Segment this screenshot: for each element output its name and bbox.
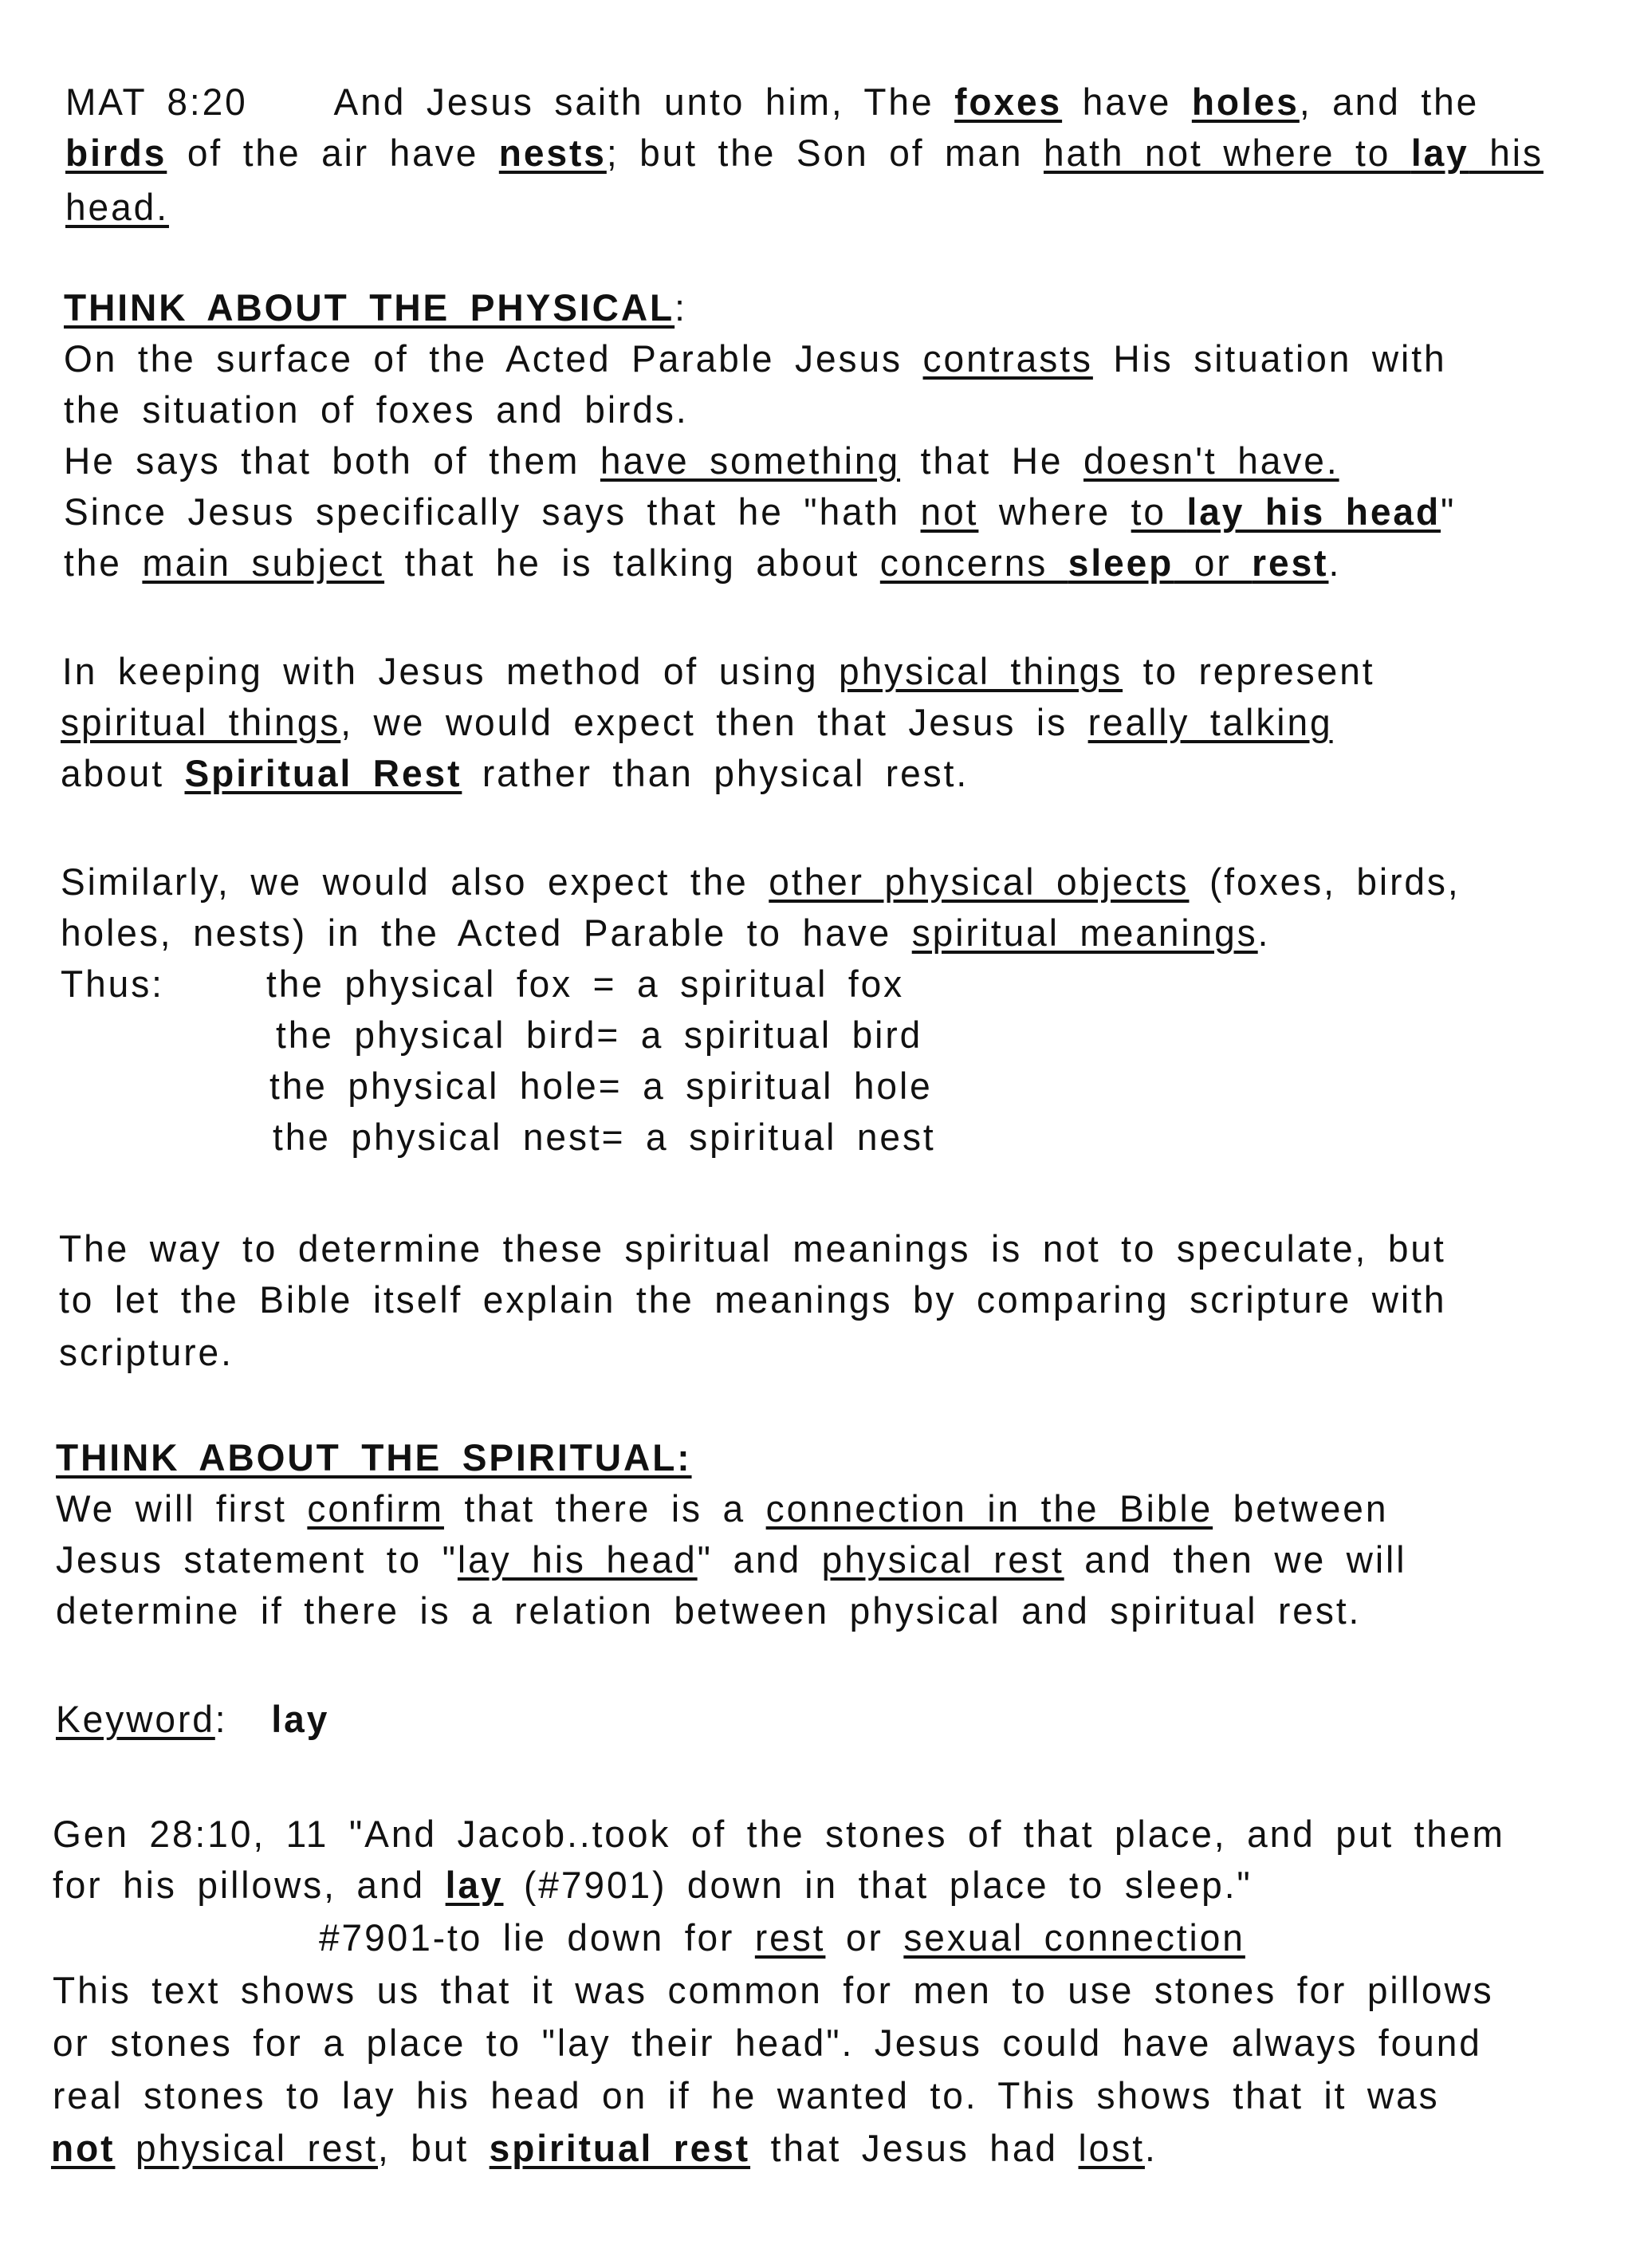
underlined-emphasis: not (51, 2127, 115, 2169)
underlined-emphasis: contrasts (923, 337, 1093, 380)
way-line: to let the Bible itself explain the mean… (59, 1276, 1446, 1324)
underlined-emphasis: spiritual meanings (912, 912, 1258, 954)
underlined-emphasis: his (1469, 132, 1544, 174)
equivalence-item: the physical bird= a spiritual bird (276, 1011, 922, 1059)
underlined-emphasis: nests (499, 132, 607, 174)
keyword-label: Keyword (56, 1698, 215, 1740)
underlined-emphasis: main subject (142, 541, 384, 584)
underlined-emphasis: holes (1192, 81, 1300, 123)
physical-line: Since Jesus specifically says that he "h… (64, 488, 1456, 536)
underlined-emphasis: doesn't have. (1083, 439, 1339, 482)
verse-line-1: MAT 8:20And Jesus saith unto him, The fo… (65, 78, 1479, 126)
underlined-emphasis: physical rest (822, 1538, 1064, 1581)
physical-line: He says that both of them have something… (64, 437, 1339, 485)
keeping-line: spiritual things, we would expect then t… (61, 699, 1333, 746)
underlined-emphasis: lay (1411, 132, 1469, 174)
underlined-emphasis: physical rest (136, 2127, 378, 2169)
underlined-emphasis: sexual connection (903, 1916, 1245, 1959)
physical-line: the situation of foxes and birds. (64, 386, 689, 434)
conclusion-line: real stones to lay his head on if he wan… (53, 2072, 1440, 2120)
definition-line: #7901-to lie down for rest or sexual con… (319, 1914, 1245, 1962)
underlined-emphasis: rest (1252, 541, 1328, 584)
keyword-line: Keyword:lay (56, 1695, 329, 1743)
underlined-emphasis: lay his head (458, 1538, 698, 1581)
equivalence-item: the physical fox = a spiritual fox (266, 960, 904, 1008)
underlined-emphasis: spiritual rest (490, 2127, 750, 2169)
underlined-emphasis: hath not where to (1044, 132, 1411, 174)
underlined-emphasis: head. (65, 186, 169, 228)
equivalence-item: the physical nest= a spiritual nest (273, 1113, 936, 1161)
section-heading-physical: THINK ABOUT THE PHYSICAL: (64, 284, 687, 332)
underlined-emphasis: lay (446, 1864, 504, 1906)
way-line: The way to determine these spiritual mea… (59, 1225, 1446, 1273)
keyword-value: lay (271, 1698, 329, 1740)
underlined-emphasis: Spiritual Rest (185, 752, 462, 794)
genesis-line: for his pillows, and lay (#7901) down in… (53, 1861, 1253, 1909)
underlined-emphasis: or (1174, 541, 1252, 584)
keeping-line: about Spiritual Rest rather than physica… (61, 750, 969, 797)
underlined-emphasis: not (921, 490, 979, 533)
underlined-emphasis: spiritual things (61, 701, 340, 743)
underlined-emphasis: to (1131, 490, 1187, 533)
spiritual-line: We will first confirm that there is a co… (56, 1485, 1388, 1533)
section-heading-spiritual: THINK ABOUT THE SPIRITUAL: (56, 1434, 692, 1482)
underlined-emphasis: physical things (839, 650, 1123, 692)
underlined-emphasis: confirm (307, 1487, 444, 1530)
underlined-emphasis: foxes (954, 81, 1062, 123)
underlined-emphasis: rest (755, 1916, 826, 1959)
underlined-emphasis: lay his head (1186, 490, 1441, 533)
underlined-emphasis: concerns (880, 541, 1068, 584)
keeping-line: In keeping with Jesus method of using ph… (62, 648, 1374, 695)
similarly-line: Similarly, we would also expect the othe… (61, 858, 1461, 906)
physical-line: the main subject that he is talking abou… (64, 539, 1341, 587)
genesis-line: Gen 28:10, 11 "And Jacob..took of the st… (53, 1810, 1505, 1858)
underlined-emphasis: really talking (1088, 701, 1333, 743)
underlined-emphasis: sleep (1068, 541, 1174, 584)
similarly-line: holes, nests) in the Acted Parable to ha… (61, 909, 1270, 957)
verse-line-2: birds of the air have nests; but the Son… (65, 129, 1544, 177)
verse-reference: MAT 8:20 (65, 81, 248, 123)
conclusion-line: This text shows us that it was common fo… (53, 1967, 1494, 2014)
spiritual-line: Jesus statement to "lay his head" and ph… (56, 1536, 1406, 1584)
underlined-emphasis: birds (65, 132, 167, 174)
underlined-emphasis: lost (1079, 2127, 1145, 2169)
conclusion-line: not physical rest, but spiritual rest th… (51, 2124, 1158, 2172)
underlined-emphasis: have something (600, 439, 900, 482)
physical-line: On the surface of the Acted Parable Jesu… (64, 335, 1447, 383)
underlined-emphasis: other physical objects (769, 860, 1189, 903)
spiritual-line: determine if there is a relation between… (56, 1587, 1361, 1635)
thus-label: Thus: (61, 960, 164, 1008)
underlined-emphasis: connection in the Bible (766, 1487, 1213, 1530)
verse-line-3: head. (65, 183, 169, 231)
conclusion-line: or stones for a place to "lay their head… (53, 2019, 1482, 2067)
way-line: scripture. (59, 1329, 234, 1376)
equivalence-item: the physical hole= a spiritual hole (269, 1062, 933, 1110)
